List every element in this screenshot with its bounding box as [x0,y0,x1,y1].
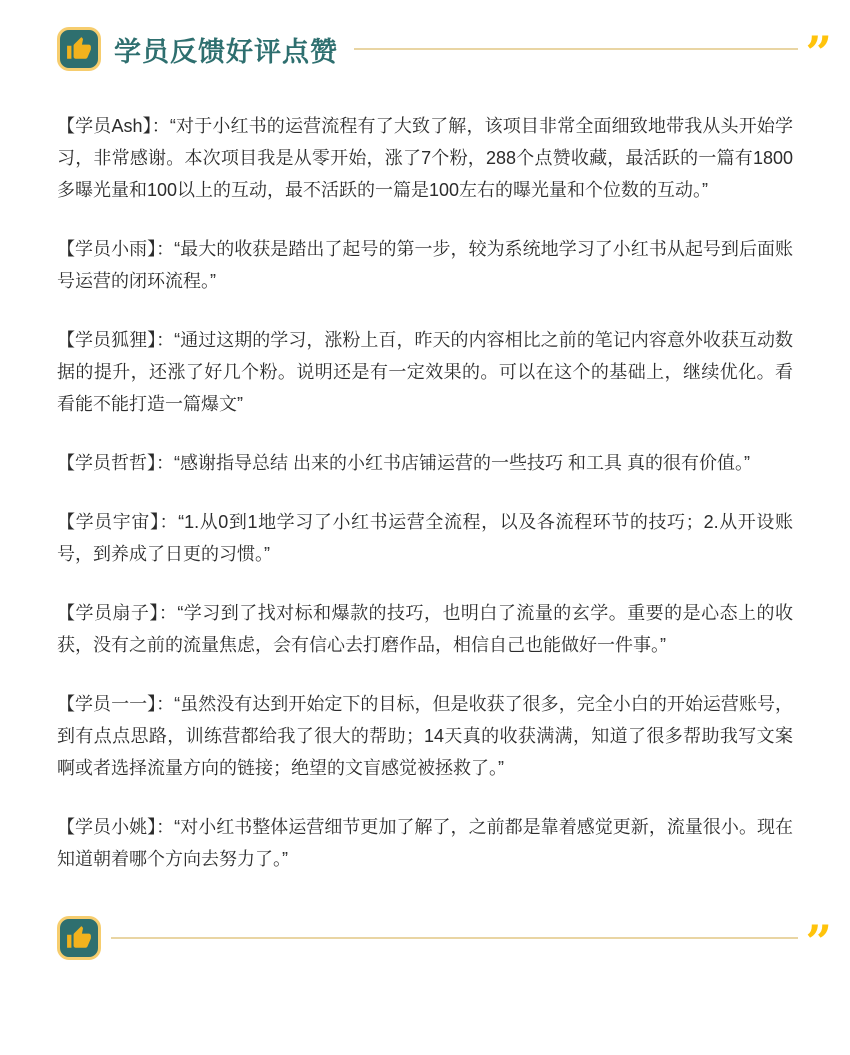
thumbs-up-icon [66,36,92,62]
testimonial-paragraph: 【学员哲哲】：“感谢指导总结 出来的小红书店铺运营的一些技巧 和工具 真的很有价… [57,447,793,479]
testimonial-list: 【学员Ash】：“对于小红书的运营流程有了大致了解，该项目非常全面细致地带我从头… [0,110,850,875]
testimonial-page: 学员反馈好评点赞 ” 【学员Ash】：“对于小红书的运营流程有了大致了解，该项目… [0,0,850,1055]
testimonial-paragraph: 【学员宇宙】：“1.从0到1地学习了小红书运营全流程，以及各流程环节的技巧；2.… [57,506,793,570]
testimonial-paragraph: 【学员小雨】：“最大的收获是踏出了起号的第一步，较为系统地学习了小红书从起号到后… [57,233,793,297]
thumbs-up-badge [57,916,101,960]
testimonial-paragraph: 【学员小姚】：“对小红书整体运营细节更加了解了，之前都是靠着感觉更新，流量很小。… [57,811,793,875]
testimonial-paragraph: 【学员狐狸】：“通过这期的学习，涨粉上百，昨天的内容相比之前的笔记内容意外收获互… [57,324,793,420]
header-divider-line [354,48,798,50]
footer: ” [0,916,850,960]
testimonial-paragraph: 【学员一一】：“虽然没有达到开始定下的目标，但是收获了很多，完全小白的开始运营账… [57,688,793,784]
testimonial-paragraph: 【学员Ash】：“对于小红书的运营流程有了大致了解，该项目非常全面细致地带我从头… [57,110,793,206]
header: 学员反馈好评点赞 ” [0,0,850,71]
thumbs-up-badge [57,27,101,71]
quote-right-icon: ” [806,33,832,61]
footer-divider-line [111,937,798,939]
testimonial-paragraph: 【学员扇子】：“学习到了找对标和爆款的技巧，也明白了流量的玄学。重要的是心态上的… [57,597,793,661]
quote-right-icon: ” [806,922,832,950]
page-title: 学员反馈好评点赞 [114,30,338,69]
thumbs-up-icon [66,925,92,951]
